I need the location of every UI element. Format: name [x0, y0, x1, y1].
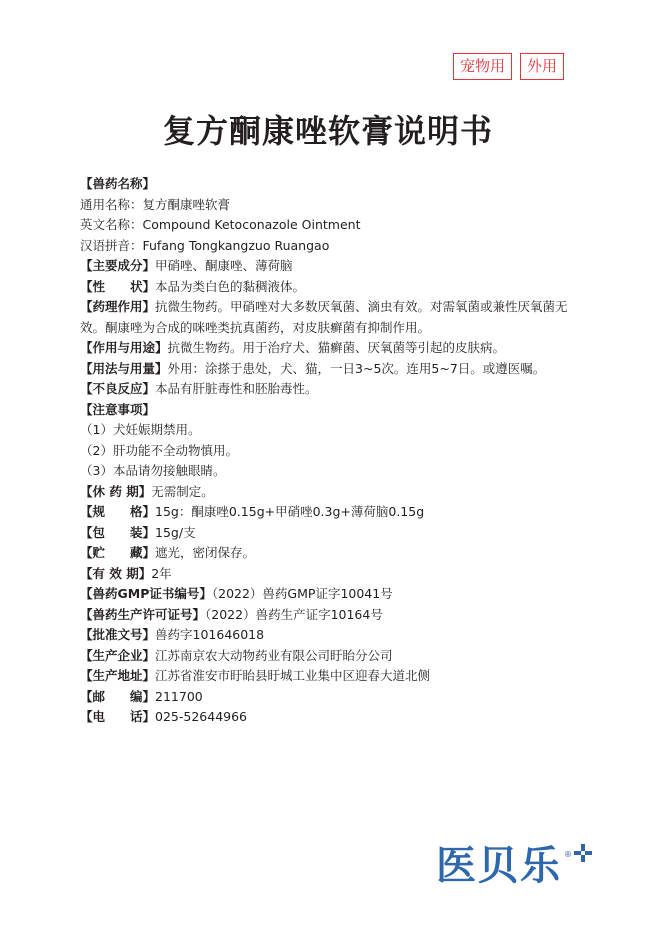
- precaution-item: （2）肝功能不全动物慎用。: [80, 441, 580, 462]
- section-phone: 【电 话】025-52644966: [80, 707, 580, 728]
- document-body: 【兽药名称】 通用名称：复方酮康唑软膏 英文名称：Compound Ketoco…: [80, 174, 580, 728]
- section-approval-number: 【批准文号】兽药字101646018: [80, 625, 580, 646]
- section-dosage: 【用法与用量】外用：涂搽于患处，犬、猫，一日3~5次。连用5~7日。或遵医嘱。: [80, 359, 580, 380]
- generic-name: 通用名称：复方酮康唑软膏: [80, 195, 580, 216]
- section-withdrawal-period: 【休 药 期】无需制定。: [80, 482, 580, 503]
- tag-group: 宠物用 外用: [453, 53, 564, 80]
- section-packaging: 【包 装】15g/支: [80, 523, 580, 544]
- section-adverse-reactions: 【不良反应】本品有肝脏毒性和胚胎毒性。: [80, 379, 580, 400]
- section-storage: 【贮 藏】遮光，密闭保存。: [80, 543, 580, 564]
- pinyin-name: 汉语拼音：Fufang Tongkangzuo Ruangao: [80, 236, 580, 257]
- section-gmp-cert: 【兽药GMP证书编号】（2022）兽药GMP证字10041号: [80, 584, 580, 605]
- section-indications: 【作用与用途】抗微生物药。用于治疗犬、猫癣菌、厌氧菌等引起的皮肤病。: [80, 338, 580, 359]
- document-title: 复方酮康唑软膏说明书: [0, 106, 656, 152]
- section-specification: 【规 格】15g：酮康唑0.15g+甲硝唑0.3g+薄荷脑0.15g: [80, 502, 580, 523]
- tag-external-use: 外用: [520, 53, 564, 80]
- section-postcode: 【邮 编】211700: [80, 687, 580, 708]
- precaution-item: （1）犬妊娠期禁用。: [80, 420, 580, 441]
- precaution-item: （3）本品请勿接触眼睛。: [80, 461, 580, 482]
- section-drug-name-heading: 【兽药名称】: [80, 174, 580, 195]
- registered-mark: ®: [564, 850, 572, 859]
- tag-pet-use: 宠物用: [453, 53, 512, 80]
- section-pharmacology: 【药理作用】抗微生物药。甲硝唑对大多数厌氧菌、滴虫有效。对需氧菌或兼性厌氧菌无效…: [80, 297, 580, 338]
- section-address: 【生产地址】江苏省淮安市盱眙县盱城工业集中区迎春大道北侧: [80, 666, 580, 687]
- section-precautions-heading: 【注意事项】: [80, 400, 580, 421]
- section-manufacturer: 【生产企业】江苏南京农大动物药业有限公司盱眙分公司: [80, 646, 580, 667]
- section-shelf-life: 【有 效 期】2年: [80, 564, 580, 585]
- english-name: 英文名称：Compound Ketoconazole Ointment: [80, 215, 580, 236]
- section-production-license: 【兽药生产许可证号】（2022）兽药生产证字10164号: [80, 605, 580, 626]
- section-appearance: 【性 状】本品为类白色的黏稠液体。: [80, 277, 580, 298]
- section-ingredients: 【主要成分】甲硝唑、酮康唑、薄荷脑: [80, 256, 580, 277]
- plus-icon: [574, 844, 592, 862]
- brand-logo: 医贝乐 ®: [436, 840, 592, 892]
- logo-text: 医贝乐: [436, 840, 562, 892]
